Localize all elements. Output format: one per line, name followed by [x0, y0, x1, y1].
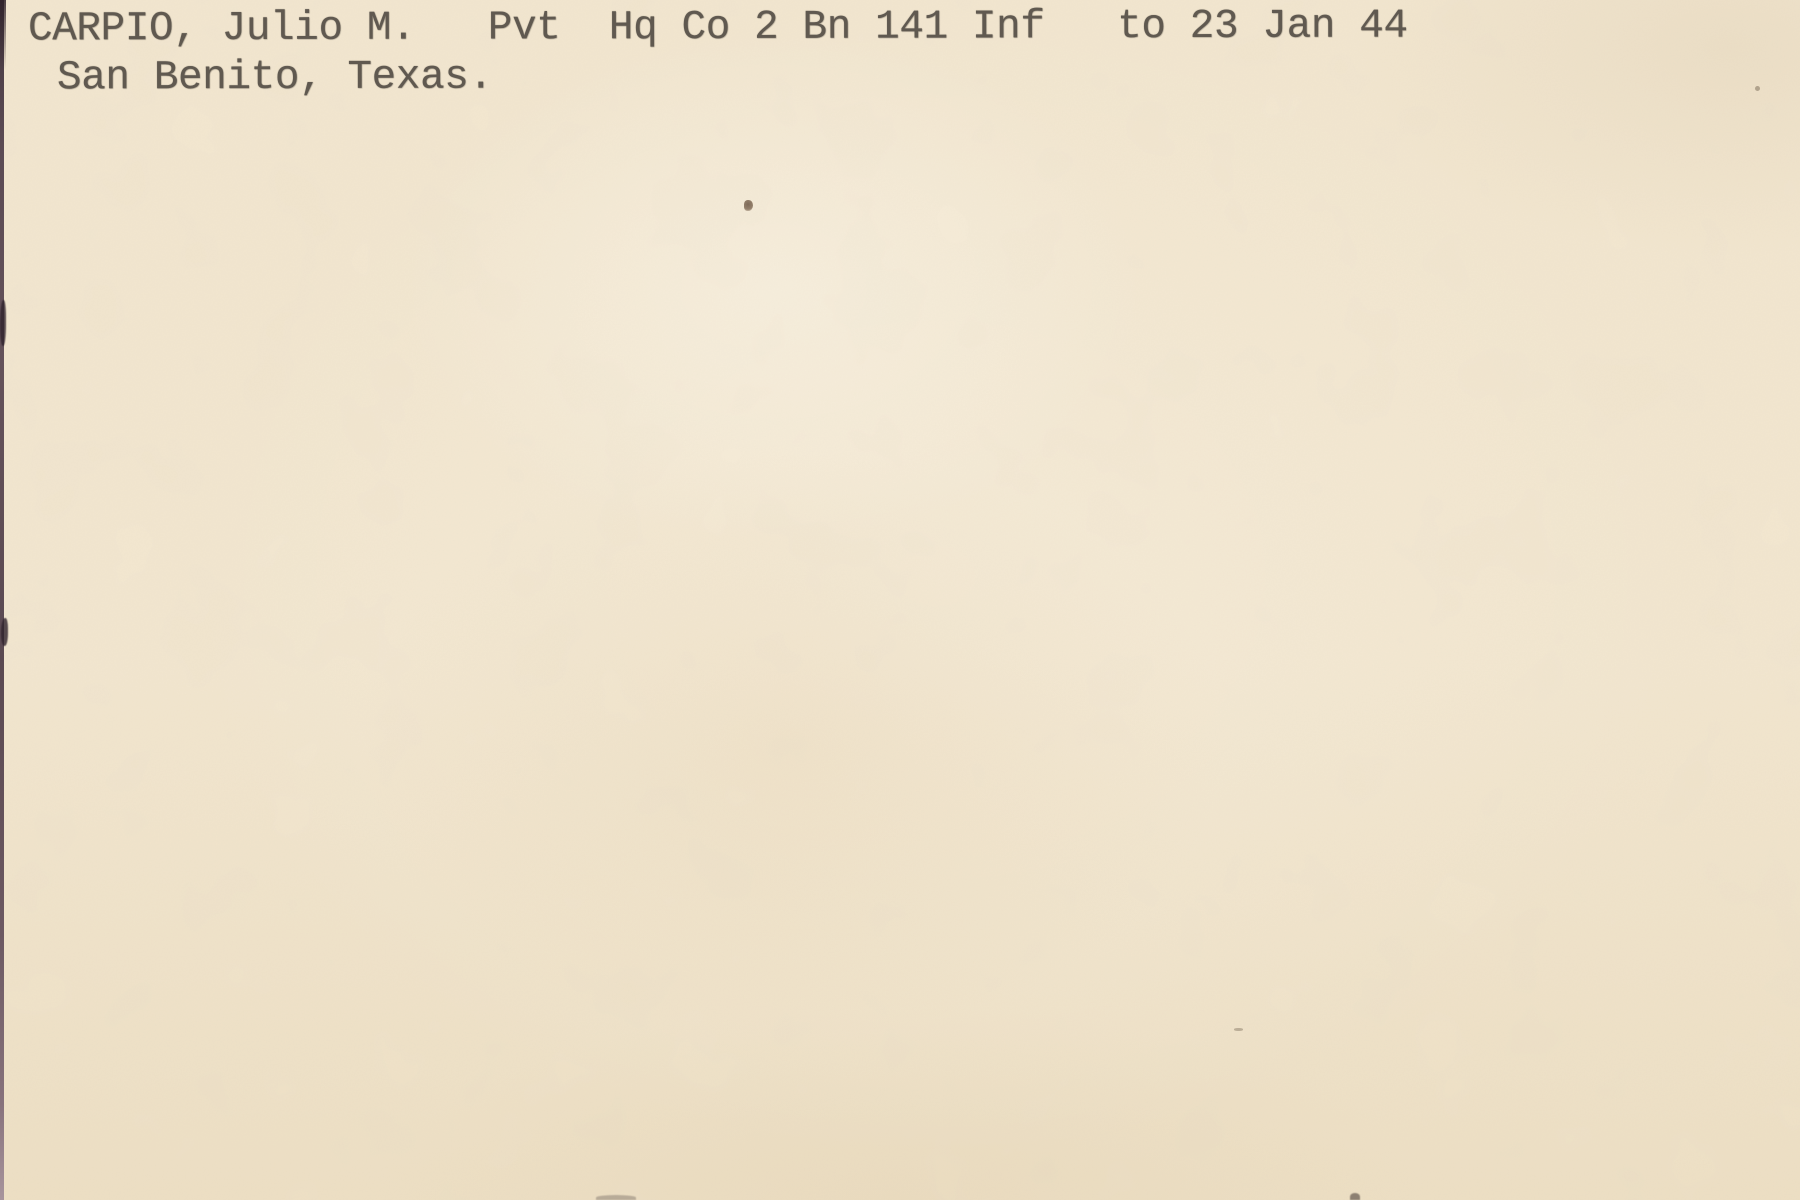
typewritten-line-name-rank-unit-date: CARPIO, Julio M. Pvt Hq Co 2 Bn 141 Inf …: [28, 5, 1408, 52]
scan-edge-blob: [1, 618, 8, 646]
scan-edge-blob: [0, 300, 6, 346]
paper-speck: [1755, 86, 1760, 91]
scan-edge-left-top: [0, 0, 6, 70]
paper-speck: [1234, 1028, 1243, 1031]
bottom-edge-mark: [1350, 1193, 1360, 1200]
paper-speck: [744, 200, 753, 211]
typewritten-line-hometown: San Benito, Texas.: [57, 56, 493, 101]
index-card: CARPIO, Julio M. Pvt Hq Co 2 Bn 141 Inf …: [0, 0, 1800, 1200]
scan-edge-left: [0, 0, 4, 1200]
bottom-edge-mark: [596, 1195, 636, 1200]
paper-grain-texture: [0, 0, 1800, 1200]
